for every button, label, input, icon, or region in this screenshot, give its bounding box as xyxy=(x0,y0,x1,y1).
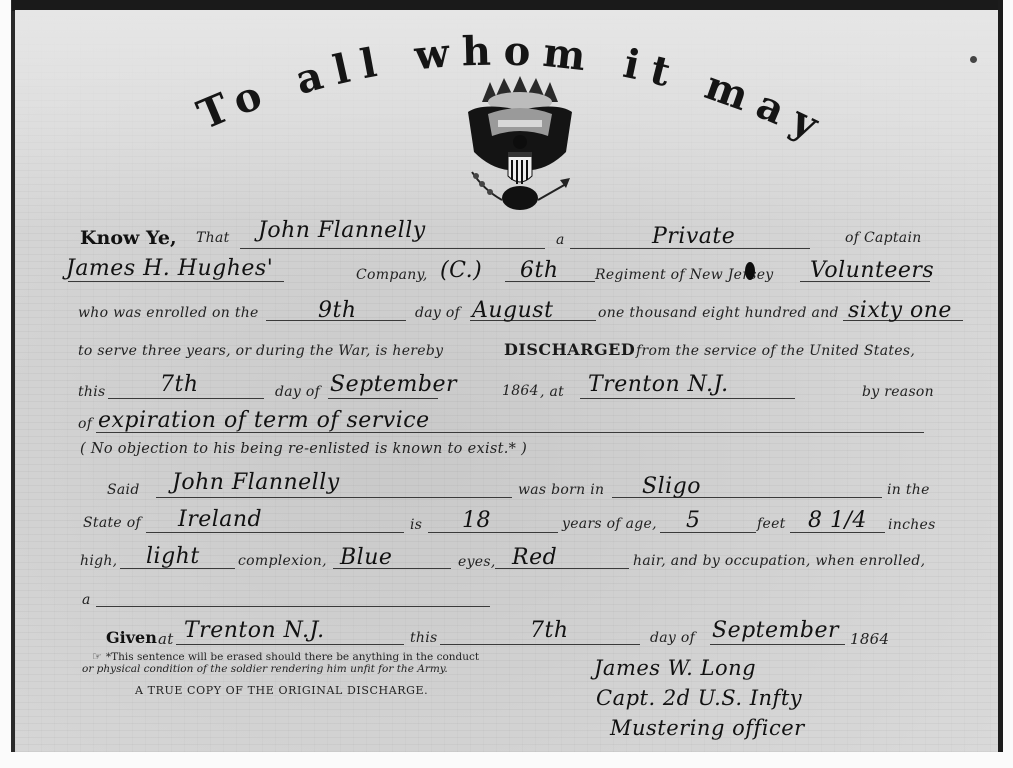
soldier-name-2: John Flannelly xyxy=(172,470,340,495)
unit-type: Volunteers xyxy=(810,258,934,283)
given-day: 7th xyxy=(530,618,569,643)
regiment-number: 6th xyxy=(520,258,559,283)
discharged-label: DISCHARGED xyxy=(504,340,635,359)
from-service-text: from the service of the United States, xyxy=(636,343,915,359)
height-inches: 8 1/4 xyxy=(808,508,867,533)
given-day-of-label: day of xyxy=(650,630,695,646)
know-ye-label: Know Ye, xyxy=(80,227,177,249)
birthplace: Sligo xyxy=(642,474,701,499)
ink-blot xyxy=(745,262,755,280)
service-text: to serve three years, or during the War,… xyxy=(78,343,443,359)
given-at-label: at xyxy=(158,630,174,648)
birth-state: Ireland xyxy=(178,507,262,532)
discharge-place: Trenton N.J. xyxy=(588,372,729,397)
soldier-name: John Flannelly xyxy=(258,218,426,243)
svg-text:To all whom it may Concern.: To all whom it may Concern. xyxy=(0,0,836,154)
day-of-label: day of xyxy=(415,305,460,321)
company-label: Company, xyxy=(356,267,428,283)
state-of-label: State of xyxy=(83,515,141,531)
years-of-age-label: years of age, xyxy=(562,516,657,532)
pointing-hand-icon: ☞ xyxy=(92,650,102,663)
born-in-label: was born in xyxy=(518,482,604,498)
complexion-value: light xyxy=(146,544,200,569)
stain-spot xyxy=(970,56,977,63)
soldier-rank: Private xyxy=(652,224,735,249)
hair-color: Red xyxy=(512,545,557,570)
signature-name: James W. Long xyxy=(594,656,756,680)
inches-label: inches xyxy=(888,517,936,533)
signature-role: Mustering officer xyxy=(610,716,805,740)
feet-label: feet xyxy=(757,516,786,532)
age-value: 18 xyxy=(462,508,491,533)
captain-name: James H. Hughes' xyxy=(66,256,273,281)
occupation-field xyxy=(96,606,490,607)
reenlist-note: ( No objection to his being re-enlisted … xyxy=(80,441,527,457)
company-letter: (C.) xyxy=(440,258,482,283)
discharge-reason: expiration of term of service xyxy=(98,408,430,433)
given-month: September xyxy=(712,618,839,643)
eagle-seal-icon xyxy=(462,72,578,216)
given-label: Given xyxy=(106,628,157,647)
hair-occupation-label: hair, and by occupation, when enrolled, xyxy=(633,553,925,569)
discharge-month: September xyxy=(330,372,457,397)
high-label: high, xyxy=(80,553,117,569)
footnote-line-2: or physical condition of the soldier ren… xyxy=(82,663,448,675)
of-captain-label: of Captain xyxy=(845,230,922,246)
eyes-label: eyes, xyxy=(458,554,496,570)
given-this-label: this xyxy=(410,630,438,646)
year-label: one thousand eight hundred and xyxy=(598,305,839,321)
enrolled-day: 9th xyxy=(318,298,357,323)
day-of-label-2: day of xyxy=(275,384,320,400)
given-year: 1864 xyxy=(850,630,889,648)
given-place: Trenton N.J. xyxy=(184,618,325,643)
enrolled-label: who was enrolled on the xyxy=(78,305,259,321)
enrolled-month: August xyxy=(472,298,553,323)
by-reason-label: by reason xyxy=(862,384,934,400)
discharge-day: 7th xyxy=(160,372,199,397)
is-label: is xyxy=(410,517,422,533)
that-label: That xyxy=(196,230,230,246)
signature-title: Capt. 2d U.S. Infty xyxy=(596,686,802,710)
at-label: , at xyxy=(540,384,564,400)
of-label: of xyxy=(78,416,92,432)
this-label: this xyxy=(78,384,106,400)
footnote-line-1: ☞*This sentence will be erased should th… xyxy=(92,650,479,663)
said-label: Said xyxy=(107,482,140,498)
height-feet: 5 xyxy=(686,508,701,533)
occupation-a-label: a xyxy=(82,592,91,608)
true-copy-label: A TRUE COPY OF THE ORIGINAL DISCHARGE. xyxy=(135,684,428,697)
enrolled-year: sixty one xyxy=(848,298,952,323)
eye-color: Blue xyxy=(340,545,392,570)
discharge-year: 1864 xyxy=(502,383,539,399)
in-the-label: in the xyxy=(887,482,930,498)
a-label: a xyxy=(556,232,565,248)
complexion-label: complexion, xyxy=(238,553,327,569)
